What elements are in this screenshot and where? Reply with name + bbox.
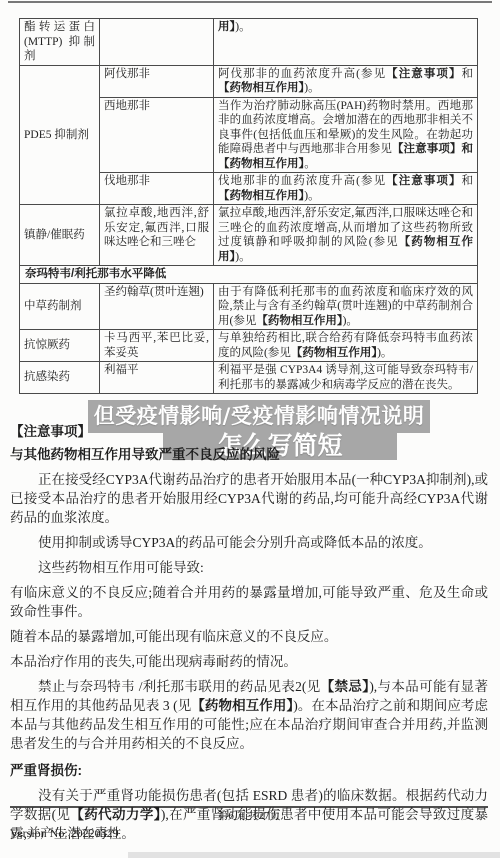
table-body: 酯转运蛋白(MTTP) 抑制剂用】)。PDE5 抑制剂阿伐那非阿伐那非的血药浓度…	[20, 19, 478, 394]
bold-text-run: 【药物相互作用】	[218, 82, 304, 94]
text-run: 利福平是强 CYP3A4 诱导剂,这可能导致奈玛特韦/利托那韦的暴露减少和病毒学…	[218, 364, 473, 391]
table-cell: 阿伐那非的血药浓度升高(参见【注意事项】和【药物相互作用】)。	[214, 65, 478, 97]
table-cell: 利福平是强 CYP3A4 诱导剂,这可能导致奈玛特韦/利托那韦的暴露减少和病毒学…	[214, 362, 478, 394]
text-run: 利福平	[104, 364, 139, 376]
document-page: 酯转运蛋白(MTTP) 抑制剂用】)。PDE5 抑制剂阿伐那非阿伐那非的血药浓度…	[0, 0, 500, 858]
table-cell: 镇静/催眠药	[20, 205, 100, 266]
drug-interaction-table-wrap: 酯转运蛋白(MTTP) 抑制剂用】)。PDE5 抑制剂阿伐那非阿伐那非的血药浓度…	[19, 18, 477, 394]
table-cell	[100, 19, 214, 66]
bold-text-run: 用】	[218, 21, 235, 33]
table-cell: PDE5 抑制剂	[20, 65, 100, 205]
text-run: 【注意事项】	[10, 424, 91, 439]
text-run: )。	[304, 82, 319, 94]
text-run: )。	[343, 315, 358, 327]
table-cell: 圣约翰草(贯叶连翘)	[100, 283, 214, 330]
drug-interaction-table: 酯转运蛋白(MTTP) 抑制剂用】)。PDE5 抑制剂阿伐那非阿伐那非的血药浓度…	[19, 18, 478, 394]
table-cell: 当作为治疗肺动脉高压(PAH)药物时禁用。西地那非的血药浓度增高。会增加潜在的西…	[214, 97, 478, 173]
table-cell: 伐地那非	[100, 173, 214, 205]
text-run: 镇静/催眠药	[24, 229, 85, 241]
paragraph: 随着本品的暴露增加,可能出现有临床意义的不良反应。	[10, 627, 488, 646]
paragraph: 本品治疗作用的丧失,可能出现病毒耐药的情况。	[10, 652, 488, 671]
table-cell: 伐地那非的血药浓度升高(参见【注意事项】和【药物相互作用】)。	[214, 173, 478, 205]
text-run: 抗惊厥药	[24, 339, 70, 351]
text-run: )。	[235, 21, 250, 33]
table-cell: 氯拉卓酸,地西泮,舒乐安定,氟西泮,口服咪达唑仑和三唑仑	[100, 205, 214, 266]
bold-text-run: 【药物相互作用】	[291, 347, 377, 359]
paragraph: 正在接受经CYP3A代谢药品治疗的患者开始服用本品(一种CYP3A抑制剂),或已…	[10, 470, 488, 527]
renal-impairment-heading: 严重肾损伤:	[10, 761, 488, 780]
table-row: 中草药制剂圣约翰草(贯叶连翘)由于有降低利托那韦的血药浓度和临床疗效的风险,禁止…	[20, 283, 478, 330]
table-row: 抗感染药利福平利福平是强 CYP3A4 诱导剂,这可能导致奈玛特韦/利托那韦的暴…	[20, 362, 478, 394]
text-run: 和	[462, 68, 474, 80]
bold-text-run: 【注意事项】	[386, 68, 461, 80]
top-rule	[8, 1, 492, 3]
table-cell: 奈玛特韦/利托那韦水平降低	[20, 266, 478, 284]
text-run: )。	[377, 347, 392, 359]
bold-text-run: 奈玛特韦/利托那韦水平降低	[25, 268, 166, 280]
body-text: 【注意事项】与其他药物相互作用导致严重不良反应的风险正在接受经CYP3A代谢药品…	[10, 418, 488, 849]
scan-edge-strip	[128, 852, 500, 858]
table-cell: 卡马西平,苯巴比妥,苯妥英	[100, 330, 214, 362]
table-cell: 阿伐那非	[100, 65, 214, 97]
table-row: 抗惊厥药卡马西平,苯巴比妥,苯妥英与单独给药相比,联合给药有降低奈玛特韦血药浓度…	[20, 330, 478, 362]
paragraph: 没有关于严重肾功能损伤患者(包括 ESRD 患者)的临床数据。根据药代动力学数据…	[10, 786, 488, 843]
text-run: 。	[304, 158, 316, 170]
paragraph: 有临床意义的不良反应;随着合并用药的暴露量增加,可能导致严重、危及生命或致命性事…	[10, 583, 488, 621]
text-run: 伐地那非	[104, 175, 150, 187]
text-run: 阿伐那非	[104, 68, 150, 80]
table-cell: 抗惊厥药	[20, 330, 100, 362]
text-run: 禁止与奈玛特韦 /利托那韦联用的药品见表2(见	[38, 679, 321, 694]
text-run: 中草药制剂	[24, 300, 82, 312]
paragraph: 这些药物相互作用可能导致:	[10, 558, 488, 577]
table-cell: 酯转运蛋白(MTTP) 抑制剂	[20, 19, 100, 66]
text-run: 本品治疗作用的丧失,可能出现病毒耐药的情况。	[10, 654, 297, 669]
bold-text-run: 【注意事项】	[386, 175, 461, 187]
text-run: 阿伐那非的血药浓度升高(参见	[218, 68, 386, 80]
text-run: )。	[304, 190, 319, 202]
text-run: )。	[235, 251, 250, 263]
paragraph: 禁止与奈玛特韦 /利托那韦联用的药品见表2(见【禁忌】),与本品可能有显著相互作…	[10, 677, 488, 753]
table-cell: 西地那非	[100, 97, 214, 173]
table-cell: 与单独给药相比,联合给药有降低奈玛特韦血药浓度的风险(参见【药物相互作用】)。	[214, 330, 478, 362]
table-row: 奈玛特韦/利托那韦水平降低	[20, 266, 478, 284]
table-row: 镇静/催眠药氯拉卓酸,地西泮,舒乐安定,氟西泮,口服咪达唑仑和三唑仑氯拉卓酸,地…	[20, 205, 478, 266]
text-run: 有临床意义的不良反应;随着合并用药的暴露量增加,可能导致严重、危及生命或致命性事…	[10, 585, 488, 619]
table-cell: 氯拉卓酸,地西泮,舒乐安定,氟西泮,口服咪达唑仑和三唑仑的血药浓度增高,从而增加…	[214, 205, 478, 266]
table-cell: 由于有降低利托那韦的血药浓度和临床疗效的风险,禁止与含有圣约翰草(贯叶连翘)的中…	[214, 283, 478, 330]
bold-text-run: 【药代动力学】	[70, 807, 160, 822]
table-row: 酯转运蛋白(MTTP) 抑制剂用】)。	[20, 19, 478, 66]
interaction-risk-heading: 与其他药物相互作用导致严重不良反应的风险	[10, 445, 488, 464]
table-cell: 用】)。	[214, 19, 478, 66]
table-cell: 利福平	[100, 362, 214, 394]
bold-text-run: 【药物相互作用】	[191, 698, 293, 713]
notice-label: 【注意事项】	[10, 422, 488, 441]
text-run: 伐地那非的血药浓度升高(参见	[218, 175, 386, 187]
text-run: 正在接受经CYP3A代谢药品治疗的患者开始服用本品(一种CYP3A抑制剂),或已…	[10, 472, 488, 525]
paragraph: 使用抑制或诱导CYP3A的药品可能会分别升高或降低本品的浓度。	[10, 533, 488, 552]
text-run: 氯拉卓酸,地西泮,舒乐安定,氟西泮,口服咪达唑仑和三唑仑	[104, 207, 209, 248]
text-run: 与其他药物相互作用导致严重不良反应的风险	[10, 447, 280, 462]
text-run: 西地那非	[104, 100, 150, 112]
text-run: 这些药物相互作用可能导致:	[38, 560, 204, 575]
text-run: 抗感染药	[24, 371, 70, 383]
text-run: PDE5 抑制剂	[24, 129, 89, 141]
text-run: 和	[462, 175, 474, 187]
table-cell: 抗感染药	[20, 362, 100, 394]
bold-text-run: 【禁忌】	[321, 679, 370, 694]
bold-text-run: 【药物相互作用】	[256, 315, 342, 327]
text-run: 使用抑制或诱导CYP3A的药品可能会分别升高或降低本品的浓度。	[38, 535, 432, 550]
text-run: 严重肾损伤:	[10, 763, 82, 778]
table-row: PDE5 抑制剂阿伐那非阿伐那非的血药浓度升高(参见【注意事项】和【药物相互作用…	[20, 65, 478, 97]
bold-text-run: 【药物相互作用】	[218, 190, 304, 202]
text-run: 圣约翰草(贯叶连翘)	[104, 286, 204, 298]
text-run: 随着本品的暴露增加,可能出现有临床意义的不良反应。	[10, 629, 337, 644]
table-cell: 中草药制剂	[20, 283, 100, 330]
text-run: 酯转运蛋白(MTTP) 抑制剂	[24, 21, 95, 62]
text-run: 卡马西平,苯巴比妥,苯妥英	[104, 332, 209, 359]
